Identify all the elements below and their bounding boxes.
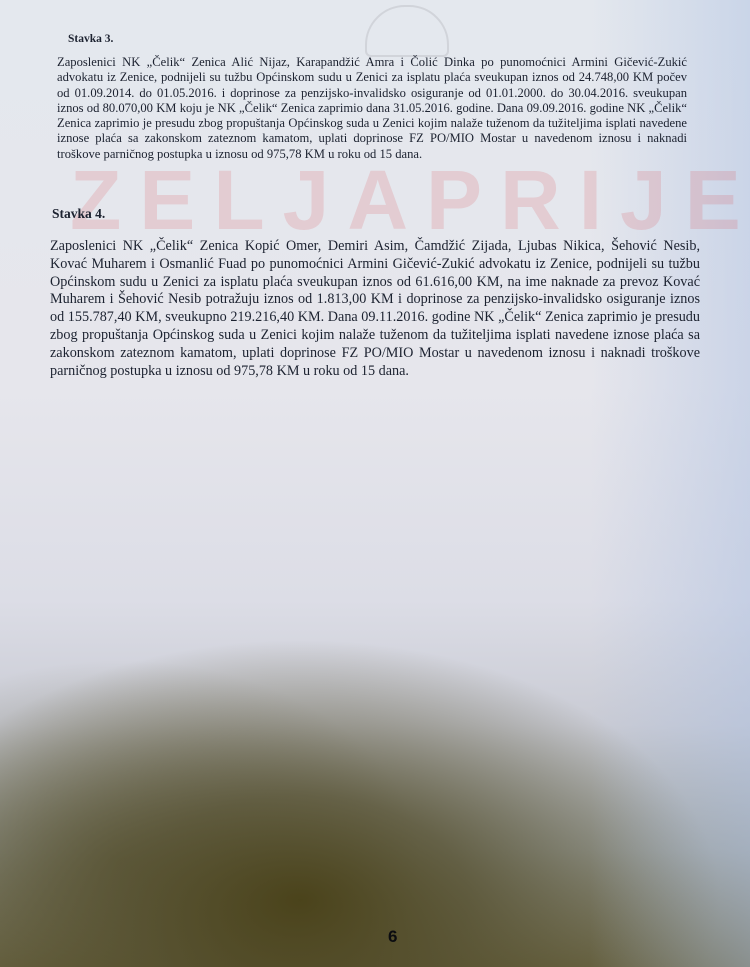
page-number: 6 — [388, 927, 397, 947]
section-body-stavka-3: Zaposlenici NK „Čelik“ Zenica Alić Nijaz… — [57, 55, 687, 162]
section-heading-stavka-4: Stavka 4. — [52, 206, 105, 222]
section-heading-stavka-3: Stavka 3. — [68, 33, 113, 45]
watermark-text: ZELJAPRIJE — [70, 160, 670, 240]
section-body-stavka-4: Zaposlenici NK „Čelik“ Zenica Kopić Omer… — [50, 238, 700, 380]
